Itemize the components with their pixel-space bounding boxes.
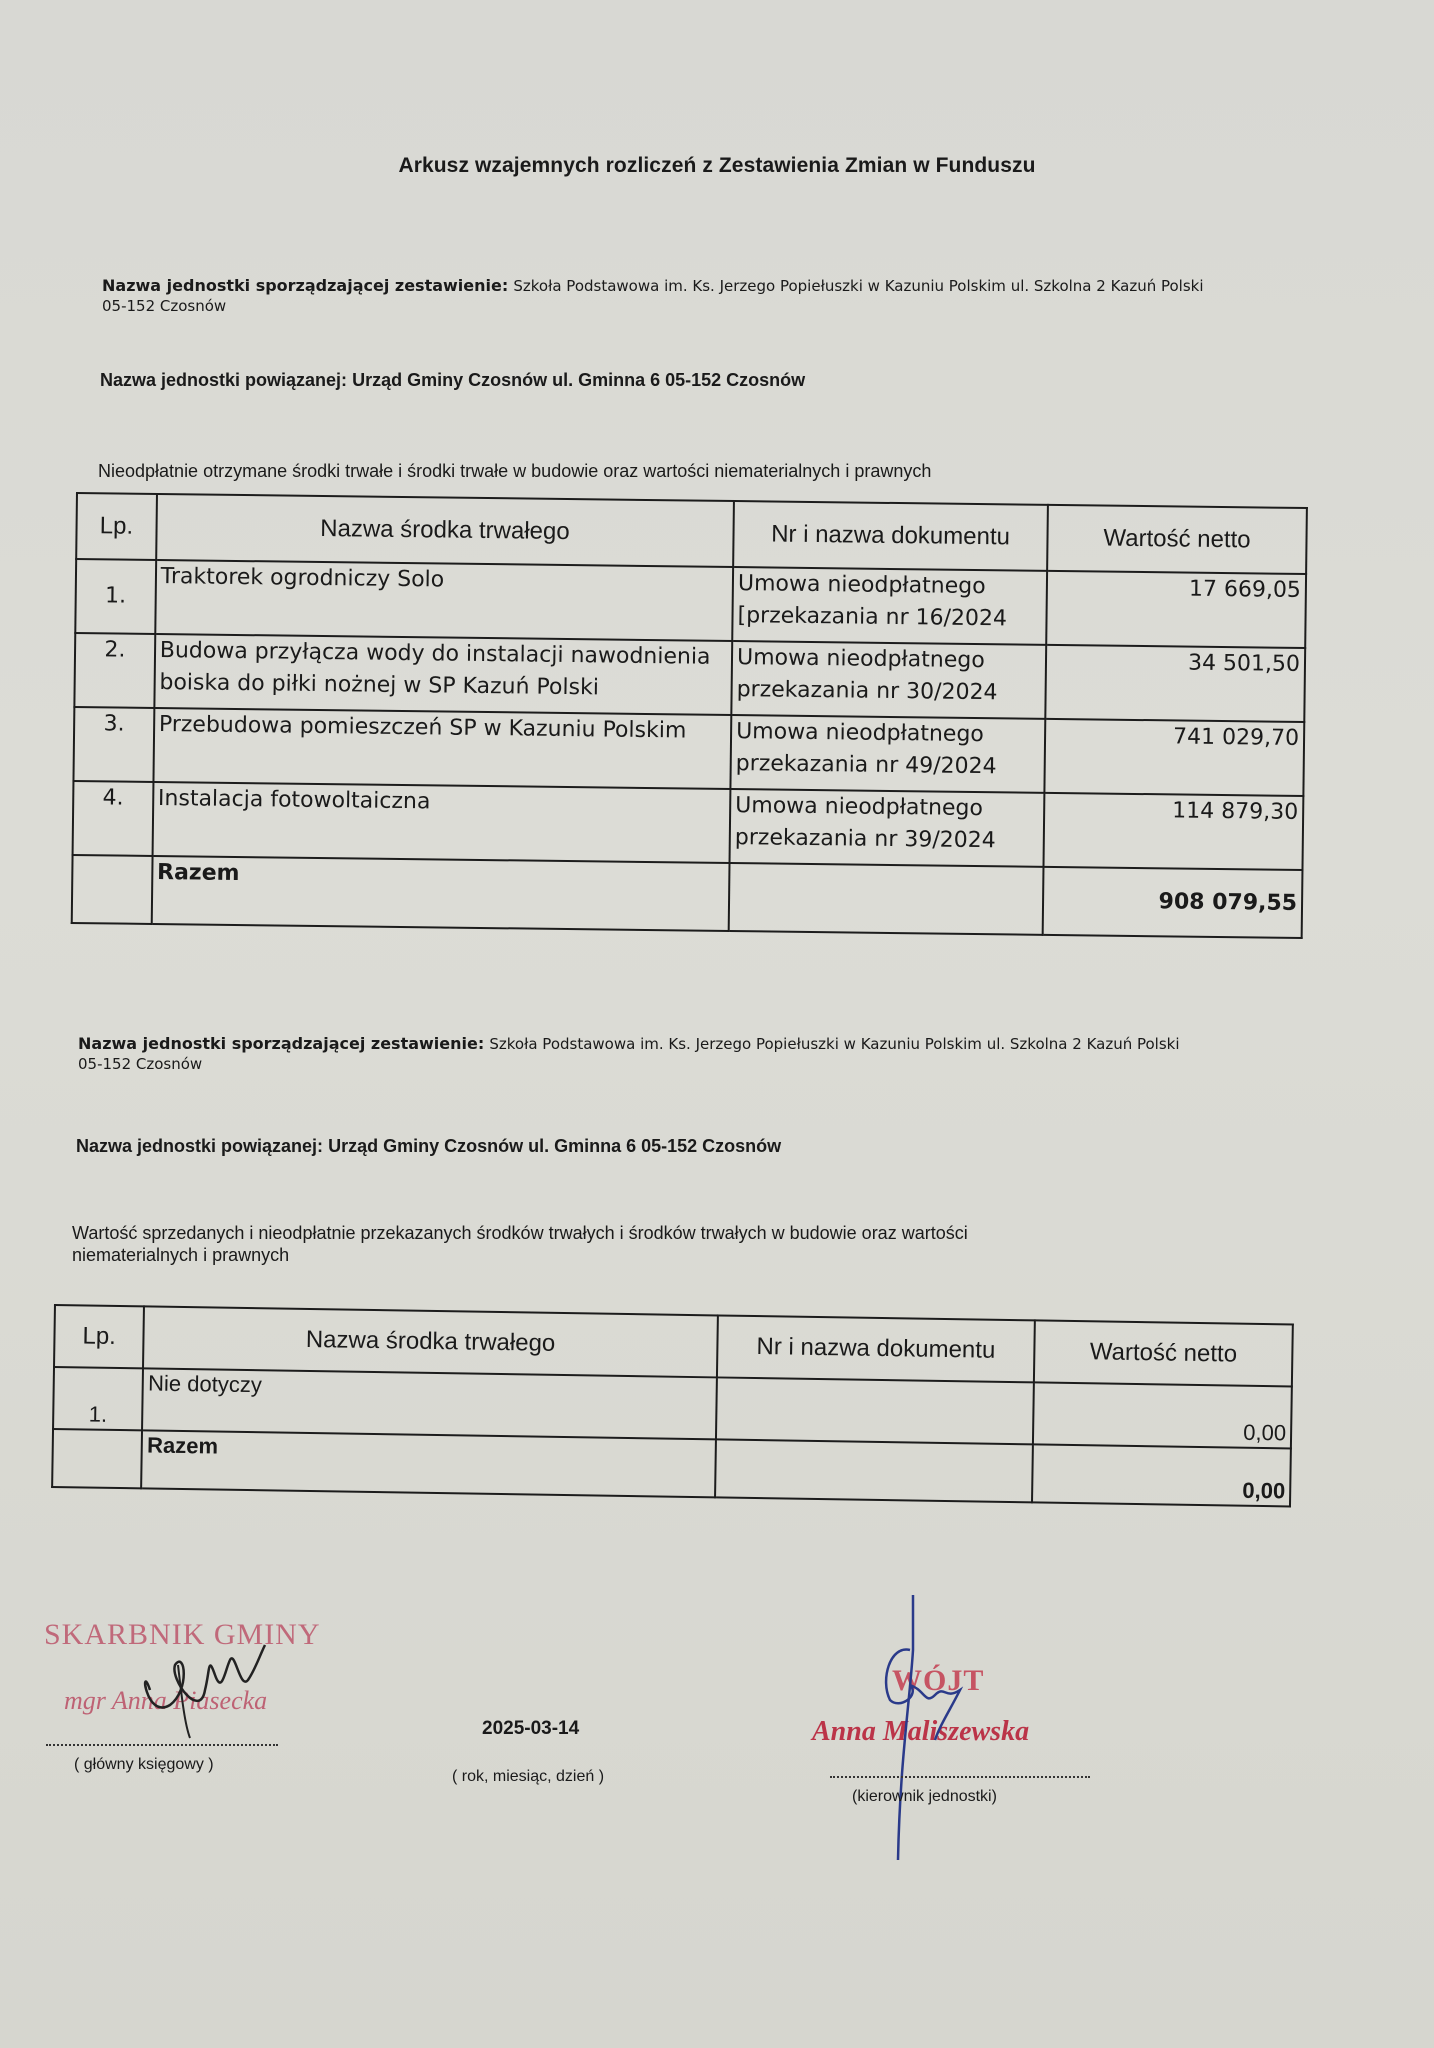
table-total-row: Razem 908 079,55 — [72, 855, 1303, 938]
linked-unit-value: Urząd Gminy Czosnów ul. Gminna 6 05-152 … — [352, 370, 805, 390]
preparing-unit: Nazwa jednostki sporządzającej zestawien… — [102, 276, 1362, 316]
col-lp: Lp. — [76, 493, 157, 560]
preparing-unit-postcode: 05-152 Czosnów — [102, 297, 226, 315]
col-asset-name: Nazwa środka trwałego — [143, 1306, 717, 1377]
col-net-value: Wartość netto — [1034, 1320, 1293, 1386]
table1-caption: Nieodpłatnie otrzymane środki trwałe i ś… — [98, 460, 931, 482]
document-page: Arkusz wzajemnych rozliczeń z Zestawieni… — [0, 0, 1434, 2048]
document-title: Arkusz wzajemnych rozliczeń z Zestawieni… — [0, 154, 1434, 178]
transferred-assets-table: Lp. Nazwa środka trwałego Nr i nazwa dok… — [51, 1304, 1294, 1507]
preparing-unit-value: Szkoła Podstawowa im. Ks. Jerzego Popieł… — [513, 277, 1203, 295]
linked-unit-2: Nazwa jednostki powiązanej: Urząd Gminy … — [76, 1136, 781, 1157]
signing-date: 2025-03-14 — [482, 1718, 579, 1740]
total-value: 0,00 — [1032, 1444, 1291, 1506]
total-label: Razem — [151, 856, 729, 931]
linked-unit-value: Urząd Gminy Czosnów ul. Gminna 6 05-152 … — [328, 1136, 781, 1156]
head-signature-line — [830, 1776, 1090, 1778]
table2-caption: Wartość sprzedanych i nieodpłatnie przek… — [72, 1222, 1202, 1266]
linked-unit: Nazwa jednostki powiązanej: Urząd Gminy … — [100, 370, 805, 391]
preparing-unit-2: Nazwa jednostki sporządzającej zestawien… — [78, 1034, 1338, 1074]
received-assets-table: Lp. Nazwa środka trwałego Nr i nazwa dok… — [71, 492, 1308, 939]
preparing-unit-postcode: 05-152 Czosnów — [78, 1055, 202, 1073]
linked-unit-label: Nazwa jednostki powiązanej: — [76, 1136, 323, 1156]
preparing-unit-label: Nazwa jednostki sporządzającej zestawien… — [78, 1034, 484, 1053]
preparing-unit-value: Szkoła Podstawowa im. Ks. Jerzego Popieł… — [489, 1035, 1179, 1053]
head-signature-icon — [880, 1590, 1020, 1870]
total-label: Razem — [141, 1430, 715, 1497]
col-document: Nr i nazwa dokumentu — [717, 1315, 1035, 1382]
treasurer-signature-line — [46, 1744, 278, 1746]
col-document: Nr i nazwa dokumentu — [733, 501, 1048, 571]
treasurer-role-caption: ( główny księgowy ) — [74, 1756, 214, 1774]
col-net-value: Wartość netto — [1047, 505, 1307, 574]
preparing-unit-label: Nazwa jednostki sporządzającej zestawien… — [102, 276, 508, 295]
linked-unit-label: Nazwa jednostki powiązanej: — [100, 370, 347, 390]
col-asset-name: Nazwa środka trwałego — [156, 494, 734, 567]
col-lp: Lp. — [54, 1305, 144, 1368]
head-role-caption: (kierownik jednostki) — [852, 1788, 997, 1806]
treasurer-signature-icon — [130, 1630, 290, 1740]
total-value: 908 079,55 — [1043, 867, 1303, 938]
date-caption: ( rok, miesiąc, dzień ) — [452, 1768, 604, 1786]
